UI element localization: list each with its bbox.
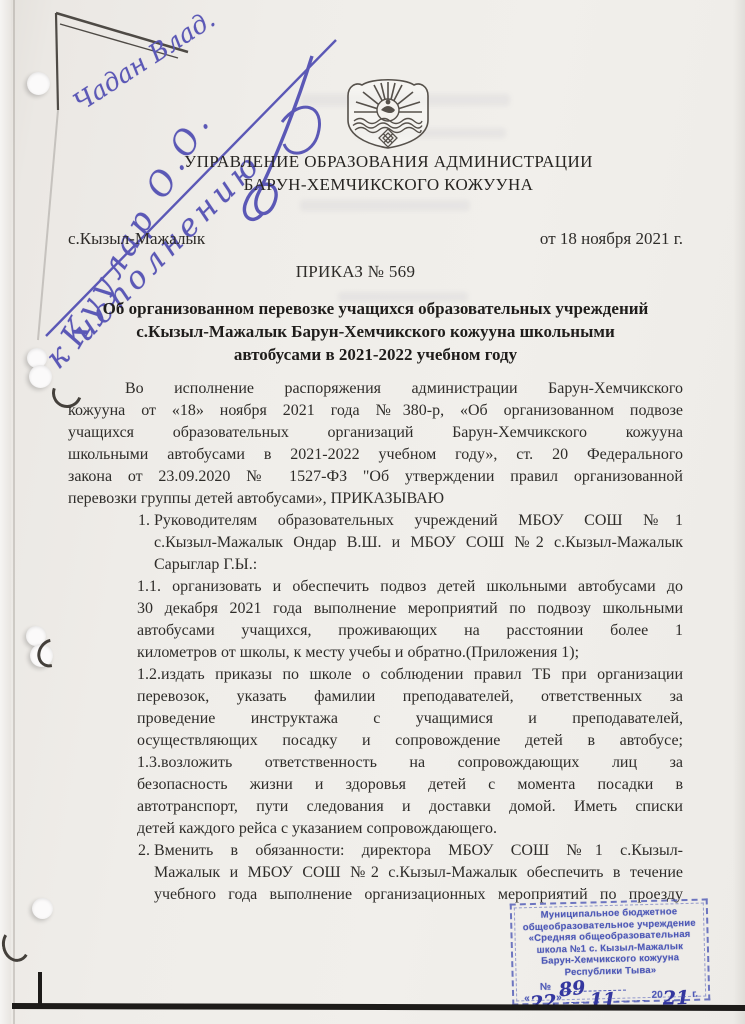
- text-line: 30 декабря 2021 года выполнение мероприя…: [137, 598, 683, 620]
- list-number: 2.: [138, 840, 150, 862]
- text-block: 1.2.издать приказы по школе о соблюдении…: [137, 664, 683, 752]
- doc-title-line-1: Об организованном перевозке учащихся обр…: [58, 297, 693, 320]
- text-line: детей каждого рейса с указанием сопровож…: [137, 818, 683, 840]
- text-line: 1.2.издать приказы по школе о соблюдении…: [137, 664, 683, 686]
- stamp-year-prefix: 20: [651, 990, 662, 1001]
- stamp-date-line: [566, 992, 590, 1004]
- body-text: Во исполнение распоряжения администрации…: [68, 378, 683, 906]
- text-line: учащихся образовательных организаций Бар…: [68, 422, 683, 444]
- hole-punch: [29, 365, 52, 388]
- text-line: Сарыглар Г.Ы.:: [154, 554, 683, 576]
- doc-title-line-2: с.Кызыл-Мажалык Барун-Хемчикского кожуун…: [58, 320, 693, 343]
- doc-title-line-3: автобусами в 2021-2022 учебном году: [58, 343, 693, 366]
- scanned-document-page: Чадан Влад. Куулар О.О. к исполнению: [0, 0, 745, 1024]
- text-line: Мажалык и МБОУ СОШ №2 с.Кызыл-Мажалык об…: [154, 862, 683, 884]
- text-line: перевозок, указать фамилии преподавателе…: [137, 686, 683, 708]
- stamp-no-label: №: [540, 982, 551, 993]
- stamp-quote-close: »: [556, 992, 562, 1003]
- text-line: 1.3.возложить ответственность на сопрово…: [137, 752, 683, 774]
- stamp-line: «Средняя общеобразовательная: [512, 928, 706, 945]
- org-name: УПРАВЛЕНИЕ ОБРАЗОВАНИЯ АДМИНИСТРАЦИИ БАР…: [81, 150, 696, 196]
- emblem-coat-of-arms-icon: [340, 74, 436, 154]
- hole-punch: [32, 898, 53, 919]
- doc-date: от 18 ноября 2021 г.: [540, 229, 683, 249]
- org-name-line-1: УПРАВЛЕНИЕ ОБРАЗОВАНИЯ АДМИНИСТРАЦИИ: [81, 150, 696, 173]
- text-line: автобусами учащихся, проживающих на расс…: [137, 620, 683, 642]
- text-line: закона от 23.09.2020 № 1527-ФЗ "Об утвер…: [68, 466, 683, 488]
- stamp-date-line: [616, 990, 646, 1002]
- text-line: проведение инструктажа с учащимися и пре…: [137, 708, 683, 730]
- org-name-line-2: БАРУН-ХЕМЧИКСКОГО КОЖУУНА: [81, 173, 696, 196]
- scan-edge-bottom: [12, 1003, 745, 1011]
- stamp-year-suffix: г.: [692, 989, 698, 1000]
- text-line: осуществляющих посадку и сопровождение д…: [137, 730, 683, 752]
- text-line: школьными автобусами в 2021-2022 учебном…: [68, 444, 683, 466]
- text-line: автотранспорт, пути следования и доставк…: [137, 796, 683, 818]
- text-line: безопасность жизни и здоровья детей с мо…: [137, 774, 683, 796]
- stamp-number-row: № 89: [514, 977, 708, 993]
- stamp-no-ink: 89: [559, 983, 586, 996]
- stamp-line: Муниципальное бюджетное: [512, 905, 706, 922]
- stamp-line: Барун-Хемчикского кожууна: [513, 951, 707, 968]
- text-line: километров от школы, к месту учебы и обр…: [137, 642, 683, 664]
- stamp-line: общеобразовательное учреждение: [512, 917, 706, 934]
- paper-edge-shade: [733, 0, 745, 1024]
- stamp-line: Республики Тыва»: [513, 963, 707, 980]
- order-number: ПРИКАЗ № 569: [48, 262, 663, 282]
- text-block: 2.Вменить в обязанности: директора МБОУ …: [138, 840, 683, 906]
- school-stamp: Муниципальное бюджетноеобщеобразовательн…: [510, 898, 711, 1005]
- stamp-text: Муниципальное бюджетноеобщеобразовательн…: [512, 900, 708, 979]
- stamp-date-row: « 22 » 11 20 21 г.: [514, 988, 708, 1004]
- text-block: 1.3.возложить ответственность на сопрово…: [137, 752, 683, 840]
- text-line: 1.1. организовать и обеспечить подвоз де…: [137, 576, 683, 598]
- text-line: перевозки группы детей автобусами», ПРИК…: [68, 488, 683, 510]
- text-block: Во исполнение распоряжения администрации…: [68, 378, 683, 510]
- text-line: кожууна от «18» ноября 2021 года №380-р,…: [68, 400, 683, 422]
- scan-edge-corner: [38, 972, 42, 1008]
- text-line: с.Кызыл-Мажалык Ондар В.Ш. и МБОУ СОШ №2…: [154, 532, 683, 554]
- text-block: 1.1. организовать и обеспечить подвоз де…: [137, 576, 683, 664]
- text-block: 1.Руководителям образовательных учрежден…: [138, 510, 683, 576]
- text-line: Вменить в обязанности: директора МБОУ СО…: [154, 840, 683, 862]
- stamp-quote-open: «: [524, 993, 530, 1004]
- place-name: с.Кызыл-Мажалык: [68, 229, 205, 249]
- doc-title: Об организованном перевозке учащихся обр…: [58, 297, 693, 366]
- text-line: Во исполнение распоряжения администрации…: [68, 378, 683, 400]
- text-line: Руководителям образовательных учреждений…: [154, 510, 683, 532]
- stamp-no-line: [563, 980, 625, 993]
- list-number: 1.: [138, 510, 150, 532]
- place-date-row: с.Кызыл-Мажалык от 18 ноября 2021 г.: [68, 229, 683, 249]
- stamp-year-ink: 21: [663, 993, 690, 1004]
- stamp-line: школа №1 с. Кызыл-Мажалык: [513, 940, 707, 957]
